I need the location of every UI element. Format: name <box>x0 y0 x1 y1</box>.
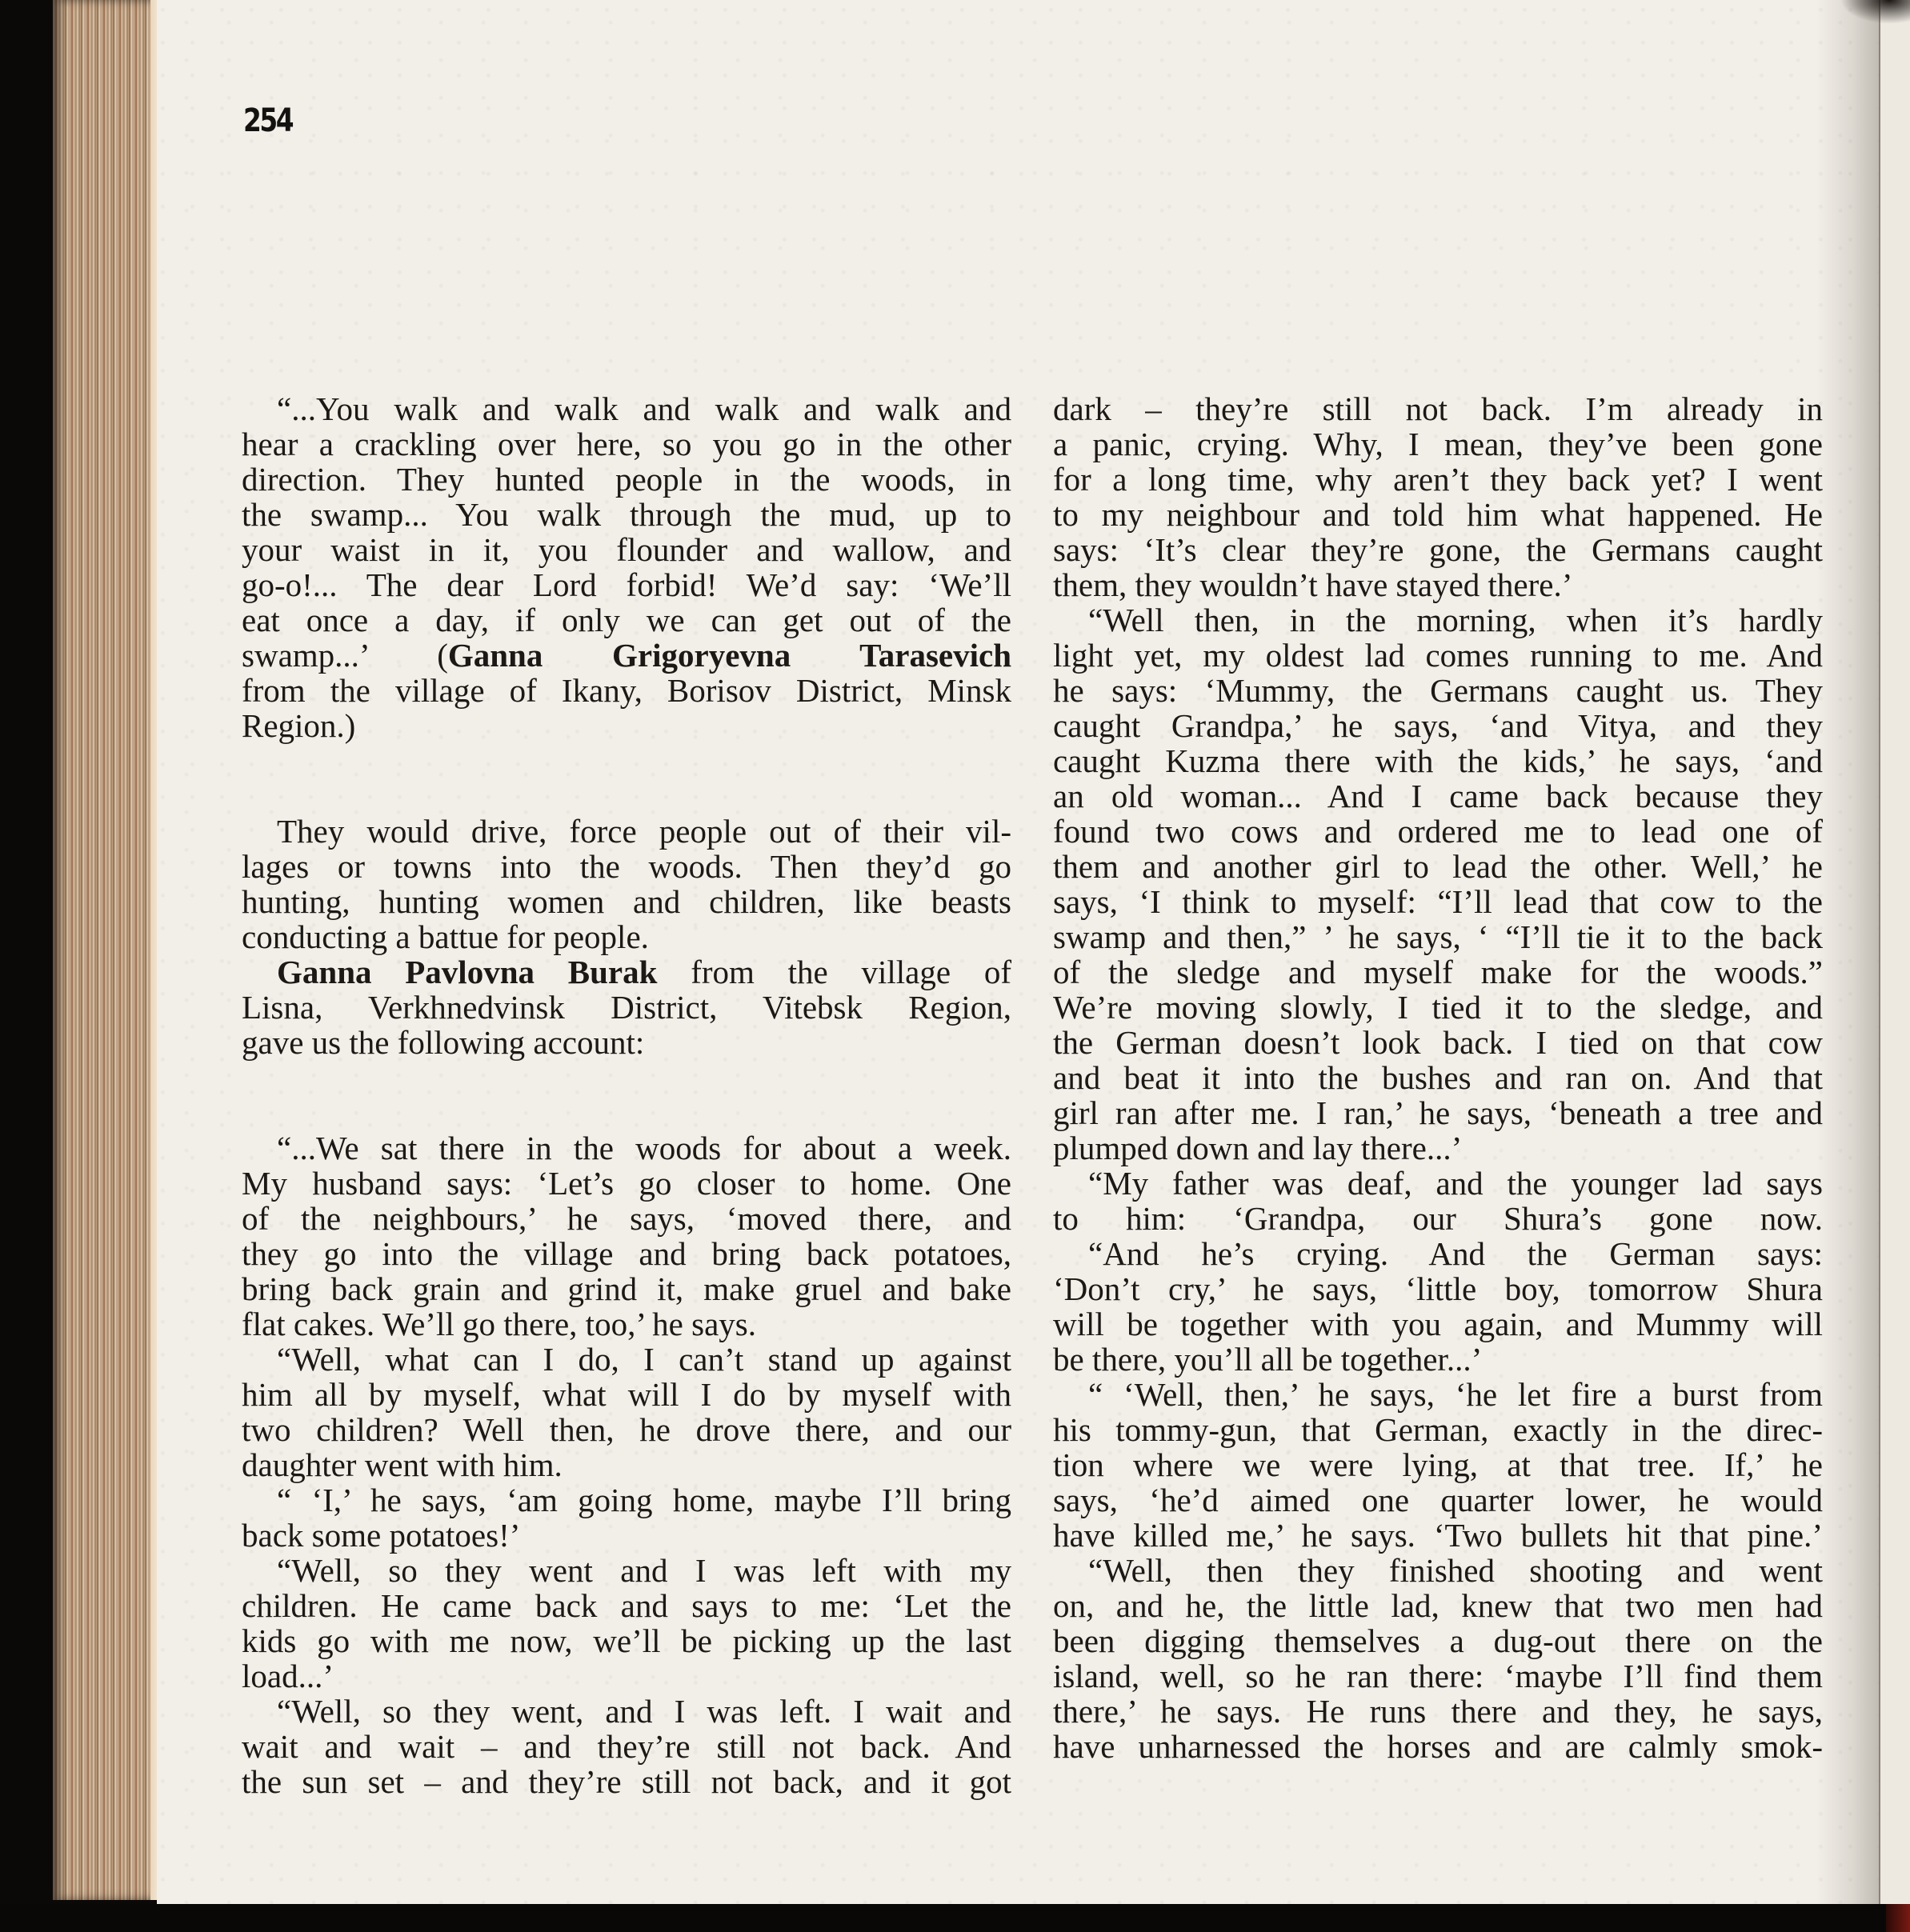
text-line: direction. They hunted people in the woo… <box>242 462 1011 497</box>
text-line: hunting, hunting women and children, lik… <box>242 884 1011 919</box>
text-line: lages or towns into the woods. Then they… <box>242 849 1011 884</box>
paragraph-burak-quote-1: “...We sat there in the woods for about … <box>242 1130 1011 1342</box>
text-line: have unharnessed the horses and are calm… <box>1053 1729 1823 1764</box>
paragraph-burak-quote-5: “Well, so they went, and I was left. I w… <box>242 1694 1011 1799</box>
text-line: and beat it into the bushes and ran on. … <box>1053 1060 1823 1095</box>
paragraph-island: “Well, then they finished shooting and w… <box>1053 1553 1823 1764</box>
text-line: light yet, my oldest lad comes running t… <box>1053 638 1823 673</box>
paragraph-burak-intro: Ganna Pavlovna Burak from the village of… <box>242 954 1011 1060</box>
paragraph-continuation: dark – they’re still not back. I’m alrea… <box>1053 391 1823 602</box>
text-line: of the sledge and myself make for the wo… <box>1053 954 1823 990</box>
text-line: been digging themselves a dug-out there … <box>1053 1623 1823 1658</box>
text-line: daughter went with him. <box>242 1447 1011 1482</box>
bottom-background <box>0 1904 1910 1932</box>
text-line: flat cakes. We’ll go there, too,’ he say… <box>242 1306 1011 1342</box>
paragraph-burst: “ ‘Well, then,’ he says, ‘he let fire a … <box>1053 1377 1823 1553</box>
text-line: the sun set – and they’re still not back… <box>242 1764 1011 1799</box>
text-line: says, ‘I think to myself: “I’ll lead tha… <box>1053 884 1823 919</box>
paragraph-gap <box>242 743 1011 814</box>
text-line: from the village of Ikany, Borisov Distr… <box>242 673 1011 708</box>
text-line: a panic, crying. Why, I mean, they’ve be… <box>1053 426 1823 462</box>
paragraph-crying: “And he’s crying. And the German says: ‘… <box>1053 1236 1823 1377</box>
text-line: “Well then, in the morning, when it’s ha… <box>1053 602 1823 638</box>
text-line: be there, you’ll all be together...’ <box>1053 1342 1823 1377</box>
text-line: We’re moving slowly, I tied it to the sl… <box>1053 990 1823 1025</box>
text-line: “Well, what can I do, I can’t stand up a… <box>242 1342 1011 1377</box>
paragraph-narration: They would drive, force people out of th… <box>242 814 1011 954</box>
paragraph-burak-quote-3: “ ‘I,’ he says, ‘am going home, maybe I’… <box>242 1482 1011 1553</box>
text-line: “Well, so they went and I was left with … <box>242 1553 1011 1588</box>
text-line: island, well, so he ran there: ‘maybe I’… <box>1053 1658 1823 1694</box>
text-line: for a long time, why aren’t they back ye… <box>1053 462 1823 497</box>
text-line: children. He came back and says to me: ‘… <box>242 1588 1011 1623</box>
text-line: dark – they’re still not back. I’m alrea… <box>1053 391 1823 426</box>
right-column: dark – they’re still not back. I’m alrea… <box>1053 391 1823 1764</box>
text-line: they go into the village and bring back … <box>242 1236 1011 1271</box>
speaker-name-burak: Ganna Pavlovna Burak <box>277 954 657 990</box>
text-line: to him: ‘Grandpa, our Shura’s gone now. <box>1053 1201 1823 1236</box>
paragraph-morning: “Well then, in the morning, when it’s ha… <box>1053 602 1823 1166</box>
text-line: two children? Well then, he drove there,… <box>242 1412 1011 1447</box>
text-line: them and another girl to lead the other.… <box>1053 849 1823 884</box>
text-line: My husband says: ‘Let’s go closer to hom… <box>242 1166 1011 1201</box>
text-line: your waist in it, you flounder and wallo… <box>242 532 1011 567</box>
text-line: conducting a battue for people. <box>242 919 1011 954</box>
text-line: go-o!... The dear Lord forbid! We’d say:… <box>242 567 1011 602</box>
text-line: him all by myself, what will I do by mys… <box>242 1377 1011 1412</box>
text-line: bring back grain and grind it, make grue… <box>242 1271 1011 1306</box>
gutter-shadow <box>1816 0 1882 1906</box>
text-line: plumped down and lay there...’ <box>1053 1130 1823 1166</box>
text-line: gave us the following account: <box>242 1025 1011 1060</box>
left-column: “...You walk and walk and walk and walk … <box>242 391 1011 1799</box>
text-line: the German doesn’t look back. I tied on … <box>1053 1025 1823 1060</box>
text-line: tion where we were lying, at that tree. … <box>1053 1447 1823 1482</box>
page-edges-stack <box>53 0 158 1900</box>
text-line: found two cows and ordered me to lead on… <box>1053 814 1823 849</box>
text-line: ‘Don’t cry,’ he says, ‘little boy, tomor… <box>1053 1271 1823 1306</box>
text-line: swamp and then,” ’ he says, ‘ “I’ll tie … <box>1053 919 1823 954</box>
book-photo: 254 “...You walk and walk and walk and w… <box>0 0 1910 1932</box>
text-line: will be together with you again, and Mum… <box>1053 1306 1823 1342</box>
speaker-name-tarasevich: Ganna Grigoryevna Tarasevich <box>448 637 1011 674</box>
text-line: an old woman... And I came back because … <box>1053 778 1823 814</box>
text-line: “And he’s crying. And the German says: <box>1053 1236 1823 1271</box>
text-line: have killed me,’ he says. ‘Two bullets h… <box>1053 1518 1823 1553</box>
facing-page-edge <box>1879 0 1910 1906</box>
paragraph-tarasevich-quote: “...You walk and walk and walk and walk … <box>242 391 1011 743</box>
text-line: They would drive, force people out of th… <box>242 814 1011 849</box>
text-line: Lisna, Verkhnedvinsk District, Vitebsk R… <box>242 990 1011 1025</box>
text-line: back some potatoes!’ <box>242 1518 1011 1553</box>
text-line: “ ‘I,’ he says, ‘am going home, maybe I’… <box>242 1482 1011 1518</box>
text-line: “My father was deaf, and the younger lad… <box>1053 1166 1823 1201</box>
text-fragment: from the village of <box>657 954 1011 990</box>
top-corner-shadow <box>1840 0 1910 24</box>
paragraph-burak-quote-2: “Well, what can I do, I can’t stand up a… <box>242 1342 1011 1482</box>
text-line: hear a crackling over here, so you go in… <box>242 426 1011 462</box>
text-line: to my neighbour and told him what happen… <box>1053 497 1823 532</box>
text-line: them, they wouldn’t have stayed there.’ <box>1053 567 1823 602</box>
text-line: “Well, so they went, and I was left. I w… <box>242 1694 1011 1729</box>
text-line: girl ran after me. I ran,’ he says, ‘ben… <box>1053 1095 1823 1130</box>
text-line: “Well, then they finished shooting and w… <box>1053 1553 1823 1588</box>
text-line: his tommy-gun, that German, exactly in t… <box>1053 1412 1823 1447</box>
text-line: caught Kuzma there with the kids,’ he sa… <box>1053 743 1823 778</box>
text-line: “ ‘Well, then,’ he says, ‘he let fire a … <box>1053 1377 1823 1412</box>
text-line: Ganna Pavlovna Burak from the village of <box>242 954 1011 990</box>
page-number: 254 <box>243 102 292 139</box>
text-line: caught Grandpa,’ he says, ‘and Vitya, an… <box>1053 708 1823 743</box>
text-line: eat once a day, if only we can get out o… <box>242 602 1011 638</box>
text-line: there,’ he says. He runs there and they,… <box>1053 1694 1823 1729</box>
text-line: load...’ <box>242 1658 1011 1694</box>
text-fragment: swamp...’ ( <box>242 637 448 674</box>
text-line: Region.) <box>242 708 1011 743</box>
paragraph-father-deaf: “My father was deaf, and the younger lad… <box>1053 1166 1823 1236</box>
text-line: the swamp... You walk through the mud, u… <box>242 497 1011 532</box>
text-line: on, and he, the little lad, knew that tw… <box>1053 1588 1823 1623</box>
text-line: swamp...’ (Ganna Grigoryevna Tarasevich <box>242 638 1011 673</box>
text-line: says, ‘he’d aimed one quarter lower, he … <box>1053 1482 1823 1518</box>
paragraph-gap <box>242 1060 1011 1130</box>
text-line: says: ‘It’s clear they’re gone, the Germ… <box>1053 532 1823 567</box>
text-line: kids go with me now, we’ll be picking up… <box>242 1623 1011 1658</box>
text-line: “...You walk and walk and walk and walk … <box>242 391 1011 426</box>
text-line: he says: ‘Mummy, the Germans caught us. … <box>1053 673 1823 708</box>
text-line: “...We sat there in the woods for about … <box>242 1130 1011 1166</box>
paragraph-burak-quote-4: “Well, so they went and I was left with … <box>242 1553 1011 1694</box>
text-line: wait and wait – and they’re still not ba… <box>242 1729 1011 1764</box>
text-line: of the neighbours,’ he says, ‘moved ther… <box>242 1201 1011 1236</box>
